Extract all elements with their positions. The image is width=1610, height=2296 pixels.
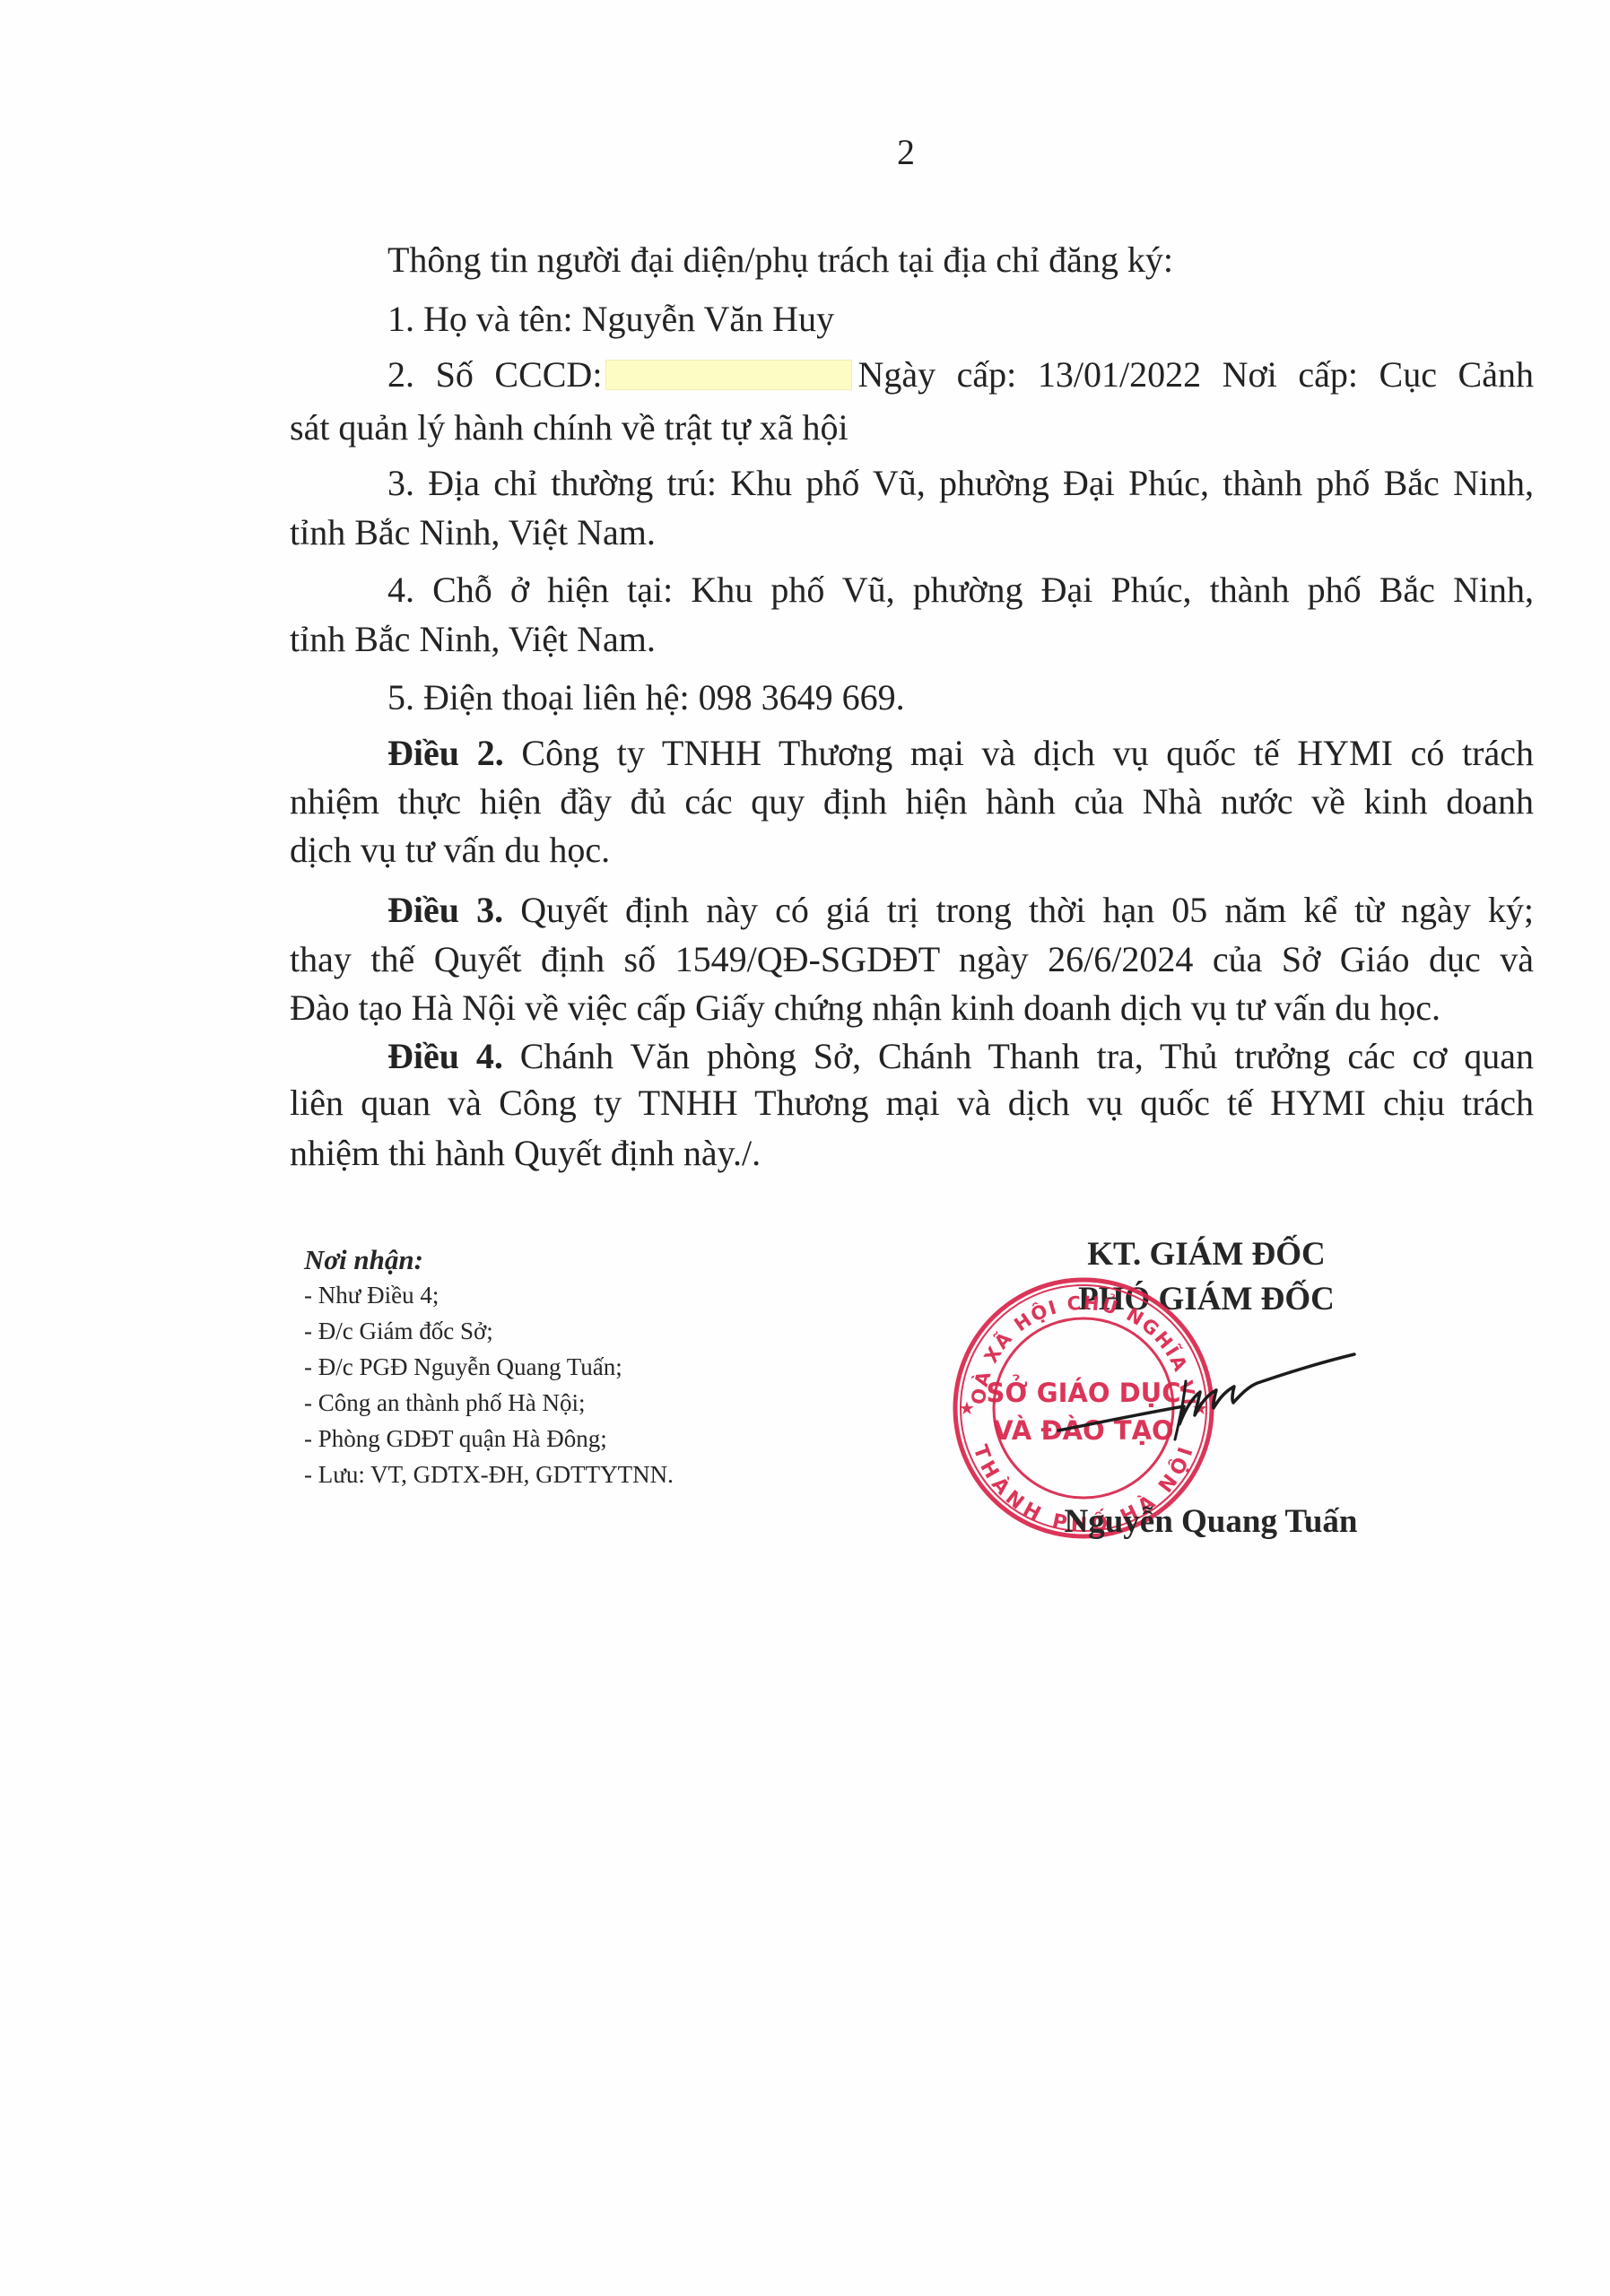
article-4-line3: nhiệm thi hành Quyết định này./. (290, 1131, 761, 1176)
article-2-text: Công ty TNHH Thương mại và dịch vụ quốc … (521, 733, 1534, 773)
article-2-label: Điều 2. (387, 733, 504, 773)
permanent-address-line1: 3. Địa chỉ thường trú: Khu phố Vũ, phườn… (387, 461, 1534, 506)
article-4-line1: Điều 4. Chánh Văn phòng Sở, Chánh Thanh … (387, 1034, 1534, 1079)
article-2-line1: Điều 2. Công ty TNHH Thương mại và dịch … (387, 731, 1534, 776)
article-2-line2: nhiệm thực hiện đầy đủ các quy định hiện… (290, 779, 1534, 824)
representative-name: 1. Họ và tên: Nguyễn Văn Huy (387, 297, 834, 342)
signature-title-line1: KT. GIÁM ĐỐC (1023, 1235, 1390, 1274)
recipient-item: - Đ/c Giám đốc Sở; (304, 1313, 674, 1349)
recipient-item: - Công an thành phố Hà Nội; (304, 1385, 674, 1421)
phone-number: 5. Điện thoại liên hệ: 098 3649 669. (387, 675, 905, 720)
article-3-line3: Đào tạo Hà Nội về việc cấp Giấy chứng nh… (290, 986, 1440, 1031)
recipient-item: - Như Điều 4; (304, 1277, 674, 1313)
representative-id-line: 2. Số CCCD:Ngày cấp: 13/01/2022 Nơi cấp:… (387, 352, 1534, 397)
signer-name: Nguyễn Quang Tuấn (1014, 1502, 1408, 1542)
redacted-id-number (605, 360, 852, 390)
page-number: 2 (879, 130, 933, 175)
svg-text:★: ★ (959, 1397, 975, 1419)
id-label: 2. Số CCCD: (387, 354, 602, 395)
article-4-line2: liên quan và Công ty TNHH Thương mại và … (290, 1081, 1534, 1126)
recipient-item: - Phòng GDĐT quận Hà Đông; (304, 1421, 674, 1457)
recipients-block: Nơi nhận: - Như Điều 4; - Đ/c Giám đốc S… (304, 1243, 674, 1492)
representative-id-line2: sát quản lý hành chính về trật tự xã hội (290, 405, 849, 450)
article-4-label: Điều 4. (387, 1036, 503, 1076)
recipient-item: - Lưu: VT, GDTX-ĐH, GDTTYTNN. (304, 1457, 674, 1492)
permanent-address-line2: tỉnh Bắc Ninh, Việt Nam. (290, 510, 656, 555)
handwritten-signature-icon (1049, 1345, 1372, 1453)
representative-heading: Thông tin người đại diện/phụ trách tại đ… (387, 238, 1173, 283)
recipients-title: Nơi nhận: (304, 1243, 674, 1277)
article-2-line3: dịch vụ tư vấn du học. (290, 828, 610, 873)
current-address-line1: 4. Chỗ ở hiện tại: Khu phố Vũ, phường Đạ… (387, 568, 1534, 613)
article-3-text: Quyết định này có giá trị trong thời hạn… (520, 890, 1534, 930)
recipient-item: - Đ/c PGĐ Nguyễn Quang Tuấn; (304, 1349, 674, 1385)
article-4-text: Chánh Văn phòng Sở, Chánh Thanh tra, Thủ… (520, 1036, 1534, 1076)
current-address-line2: tỉnh Bắc Ninh, Việt Nam. (290, 617, 656, 662)
id-issue-info: Ngày cấp: 13/01/2022 Nơi cấp: Cục Cảnh (857, 354, 1534, 395)
document-page: 2 Thông tin người đại diện/phụ trách tại… (0, 0, 1610, 2296)
article-3-line2: thay thế Quyết định số 1549/QĐ-SGDĐT ngà… (290, 937, 1534, 982)
article-3-line1: Điều 3. Quyết định này có giá trị trong … (387, 888, 1534, 933)
article-3-label: Điều 3. (387, 890, 503, 930)
